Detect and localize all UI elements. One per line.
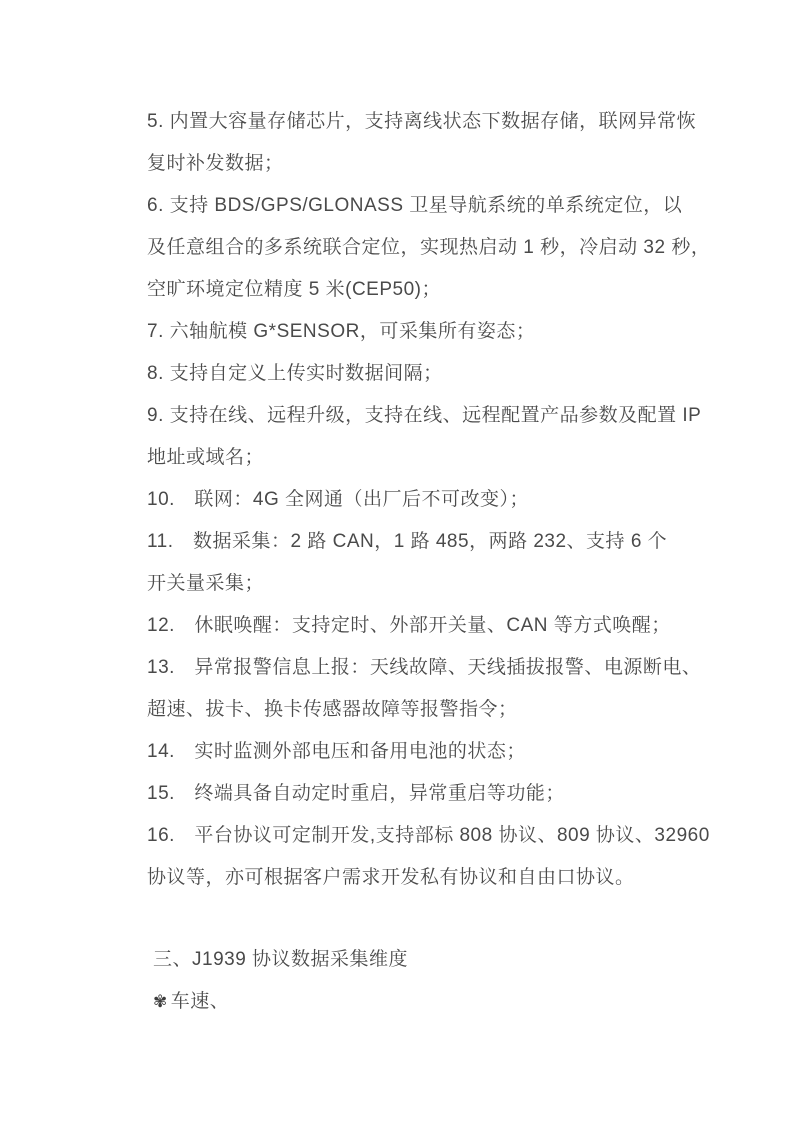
paragraph-line: 复时补发数据； <box>147 143 687 185</box>
paragraph-line: 10. 联网：4G 全网通（出厂后不可改变）； <box>147 479 687 521</box>
bullet-item: ✾车速、 <box>147 981 687 1023</box>
paragraph-line: 8. 支持自定义上传实时数据间隔； <box>147 353 687 395</box>
paragraph-line: 7. 六轴航模 G*SENSOR，可采集所有姿态； <box>147 311 687 353</box>
paragraph-line: 超速、拔卡、换卡传感器故障等报警指令； <box>147 689 687 731</box>
paragraph-line: 及任意组合的多系统联合定位，实现热启动 1 秒，冷启动 32 秒， <box>147 227 687 269</box>
paragraph-line: 12. 休眠唤醒：支持定时、外部开关量、CAN 等方式唤醒； <box>147 605 687 647</box>
paragraph-line: 开关量采集； <box>147 563 687 605</box>
paragraph-line: 9. 支持在线、远程升级，支持在线、远程配置产品参数及配置 IP <box>147 395 687 437</box>
paragraph-line: 14. 实时监测外部电压和备用电池的状态； <box>147 731 687 773</box>
bullet-label: 车速、 <box>171 991 230 1012</box>
section-heading: 三、J1939 协议数据采集维度 <box>147 939 687 981</box>
florette-bullet-icon: ✾ <box>153 992 168 1011</box>
paragraph-line: 13. 异常报警信息上报：天线故障、天线插拔报警、电源断电、 <box>147 647 687 689</box>
paragraph-spacer <box>147 899 687 939</box>
paragraph-line: 协议等，亦可根据客户需求开发私有协议和自由口协议。 <box>147 857 687 899</box>
paragraph-line: 6. 支持 BDS/GPS/GLONASS 卫星导航系统的单系统定位，以 <box>147 185 687 227</box>
paragraph-line: 空旷环境定位精度 5 米(CEP50)； <box>147 269 687 311</box>
paragraph-line: 11. 数据采集：2 路 CAN，1 路 485，两路 232、支持 6 个 <box>147 521 687 563</box>
paragraph-line: 15. 终端具备自动定时重启，异常重启等功能； <box>147 773 687 815</box>
document-content: 5. 内置大容量存储芯片，支持离线状态下数据存储，联网异常恢复时补发数据；6. … <box>147 101 687 1023</box>
paragraph-line: 5. 内置大容量存储芯片，支持离线状态下数据存储，联网异常恢 <box>147 101 687 143</box>
paragraph-line: 16. 平台协议可定制开发,支持部标 808 协议、809 协议、32960 <box>147 815 687 857</box>
paragraph-line: 地址或域名； <box>147 437 687 479</box>
document-page: 5. 内置大容量存储芯片，支持离线状态下数据存储，联网异常恢复时补发数据；6. … <box>0 0 800 1131</box>
